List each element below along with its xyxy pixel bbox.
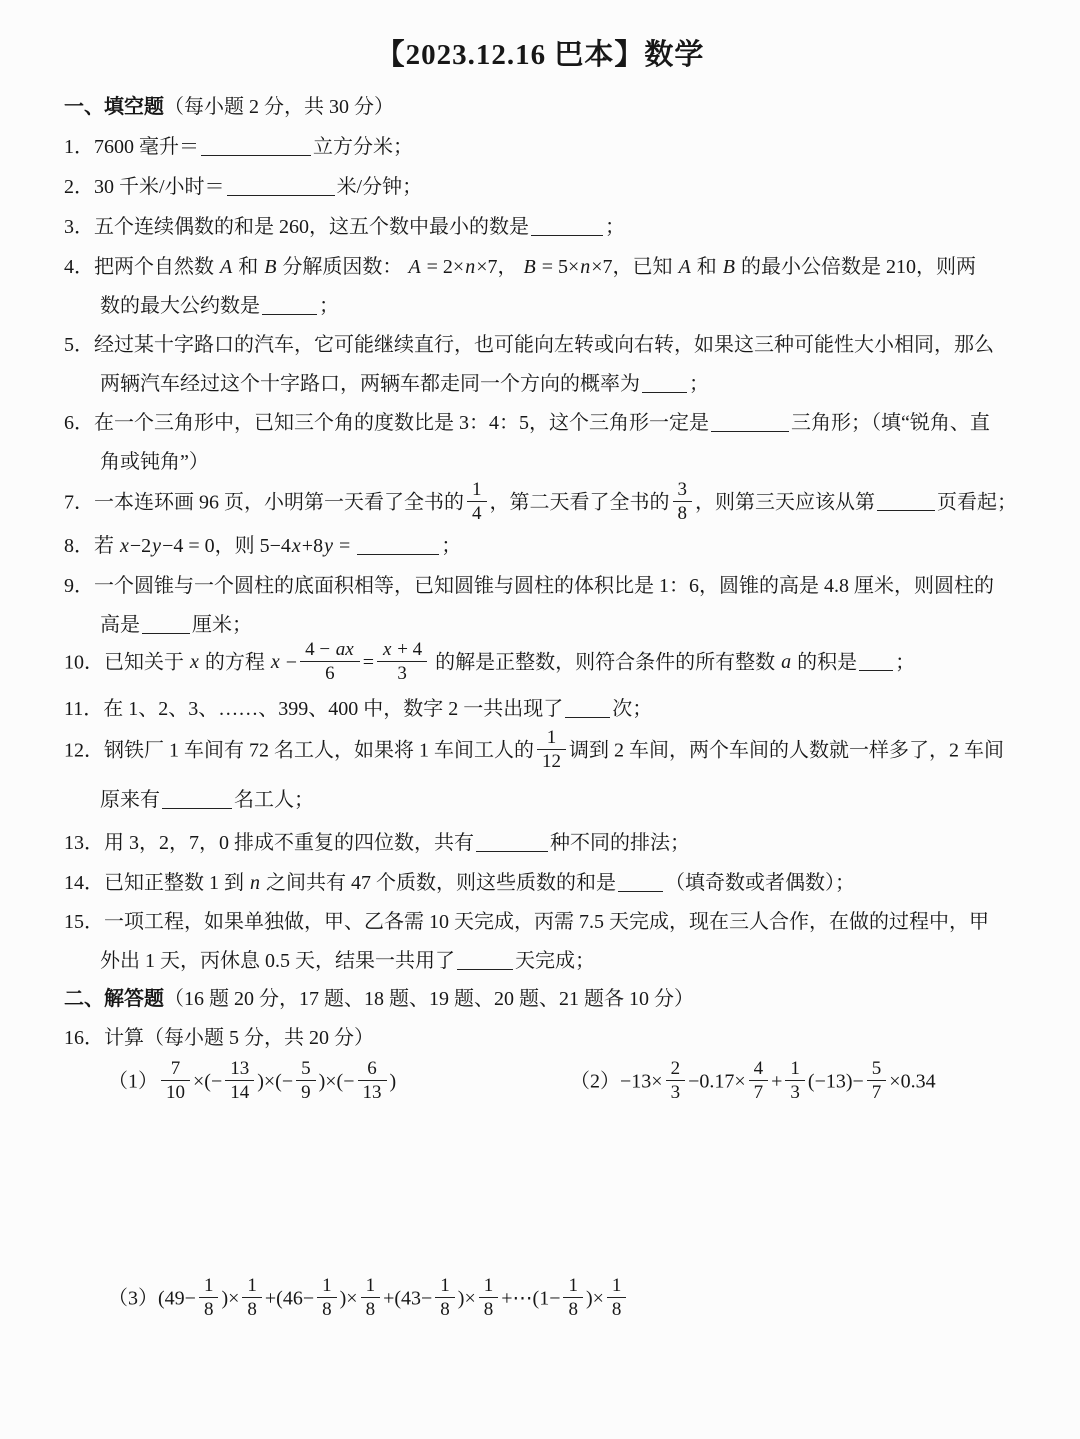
text-run: ×7，已知 — [591, 256, 677, 278]
text-run: 1 — [366, 1275, 376, 1296]
text-run: ) — [390, 1070, 397, 1092]
fraction-numerator: 1 — [199, 1275, 219, 1298]
math-variable: A — [407, 256, 421, 278]
math-variable: A — [219, 256, 233, 278]
math-variable: n — [464, 256, 476, 278]
question-7: 7．一本连环画 96 页，小明第一天看了全书的14，第二天看了全书的38，则第三… — [0, 481, 1080, 527]
text-run: 1 — [472, 479, 482, 500]
text-run: 次； — [612, 698, 652, 720]
text-run: 6 — [367, 1058, 377, 1079]
fraction-numerator: 1 — [361, 1275, 381, 1298]
question-6-line-2: 角或钝角”） — [0, 449, 1080, 476]
text-run: 8 — [204, 1299, 214, 1320]
answer-blank — [457, 954, 513, 970]
fraction-numerator: 1 — [242, 1275, 262, 1298]
fraction-denominator: 8 — [361, 1298, 381, 1320]
text-run: 13．用 3，2，7，0 排成不重复的四位数，共有 — [64, 832, 474, 854]
answer-blank — [476, 836, 548, 852]
fraction-numerator: 1 — [435, 1275, 455, 1298]
text-run: 8 — [247, 1299, 257, 1320]
question-15-line-2: 外出 1 天，丙休息 0.5 天，结果一共用了天完成； — [0, 948, 1080, 975]
text-run: 8 — [322, 1299, 332, 1320]
question-3: 3．五个连续偶数的和是 260，这五个数中最小的数是； — [0, 214, 1080, 241]
text-run: 名工人； — [234, 789, 314, 811]
text-run: 10 — [166, 1082, 185, 1103]
text-run: 的积是 — [792, 651, 857, 673]
text-run: 1 — [568, 1275, 578, 1296]
text-run: 角或钝角”） — [100, 451, 209, 473]
math-variable: B — [523, 256, 537, 278]
text-run: 4 — [472, 503, 482, 524]
text-run: 的解是正整数，则符合条件的所有整数 — [430, 651, 780, 673]
fraction: 1314 — [225, 1058, 254, 1104]
math-variable: y — [323, 535, 334, 557]
fraction: 112 — [537, 727, 566, 773]
text-run: 8 — [568, 1299, 578, 1320]
text-run: 7．一本连环画 96 页，小明第一天看了全书的 — [64, 491, 464, 513]
question-6-line-1: 6．在一个三角形中，已知三个角的度数比是 3：4：5，这个三角形一定是三角形；（… — [0, 410, 1080, 437]
question-12-line-2: 原来有名工人； — [0, 787, 1080, 814]
math-variable: A — [678, 256, 692, 278]
heading-text: 二、解答题 — [64, 988, 164, 1010]
text-run: 1 — [484, 1275, 494, 1296]
text-run: 11．在 1、2、3、……、399、400 中，数字 2 一共出现了 — [64, 698, 563, 720]
fraction-denominator: 3 — [377, 662, 427, 684]
fraction-denominator: 8 — [199, 1298, 219, 1320]
answer-blank — [531, 220, 603, 236]
answer-blank — [162, 793, 232, 809]
question-5-line-1: 5．经过某十字路口的汽车，它可能继续直行，也可能向左转或向右转，如果这三种可能性… — [0, 332, 1080, 359]
text-run: −2 — [130, 535, 151, 557]
text-run: = — [334, 535, 355, 557]
fraction: 47 — [749, 1058, 769, 1104]
fraction: 18 — [479, 1275, 499, 1321]
text-run: ，则第三天应该从第 — [695, 491, 875, 513]
text-run: （每小题 2 分，共 30 分） — [164, 96, 394, 118]
answer-blank — [711, 416, 789, 432]
fraction-numerator: 1 — [467, 479, 487, 502]
text-run: = — [363, 651, 374, 673]
text-run: 14．已知正整数 1 到 — [64, 872, 249, 894]
text-run: 页看起； — [937, 491, 1017, 513]
fraction-denominator: 3 — [785, 1081, 805, 1103]
heading-text: 一、填空题 — [64, 96, 164, 118]
question-5-line-2: 两辆汽车经过这个十字路口，两辆车都走同一个方向的概率为； — [0, 371, 1080, 398]
text-run: 16．计算（每小题 5 分，共 20 分） — [64, 1027, 374, 1049]
fraction-denominator: 8 — [607, 1298, 627, 1320]
text-run: 8 — [678, 503, 688, 524]
text-run: 3 — [790, 1082, 800, 1103]
math-variable: n — [249, 872, 261, 894]
text-run: 9 — [301, 1082, 311, 1103]
text-run: 5．经过某十字路口的汽车，它可能继续直行，也可能向左转或向右转，如果这三种可能性… — [64, 334, 994, 356]
text-run: 7 — [872, 1082, 882, 1103]
calc-part-1: （1）710×(−1314)×(−59)×(−613) — [108, 1060, 570, 1106]
fraction-numerator: 5 — [296, 1058, 316, 1081]
math-variable: x — [270, 651, 281, 673]
text-run: 的方程 — [200, 651, 270, 673]
fraction-denominator: 14 — [225, 1081, 254, 1103]
fraction: 18 — [607, 1275, 627, 1321]
question-16-part-3: （3）(49−18)×18+(46−18)×18+(43−18)×18+⋯(1−… — [0, 1277, 1080, 1323]
fraction: 18 — [563, 1275, 583, 1321]
text-run: 6．在一个三角形中，已知三个角的度数比是 3：4：5，这个三角形一定是 — [64, 412, 709, 434]
text-run: ×(− — [193, 1070, 222, 1092]
text-run: = 2× — [422, 256, 465, 278]
text-run: 4．把两个自然数 — [64, 256, 219, 278]
fraction: 59 — [296, 1058, 316, 1104]
fraction-numerator: 1 — [537, 727, 566, 750]
question-16-parts-1-2: （1）710×(−1314)×(−59)×(−613)（2）−13×23−0.1… — [0, 1060, 1080, 1106]
answer-blank — [262, 299, 317, 315]
text-run: 厘米； — [192, 614, 252, 636]
question-13: 13．用 3，2，7，0 排成不重复的四位数，共有种不同的排法； — [0, 830, 1080, 857]
text-run: −0.17× — [688, 1070, 746, 1092]
question-2: 2．30 千米/小时＝米/分钟； — [0, 174, 1080, 201]
text-run: 13 — [363, 1082, 382, 1103]
fraction-numerator: 4 — [749, 1058, 769, 1081]
answer-blank — [201, 140, 311, 156]
fraction: 18 — [317, 1275, 337, 1321]
text-run: 3 — [671, 1082, 681, 1103]
text-run: 高是 — [100, 614, 140, 636]
text-run: −4 = 0，则 5−4 — [162, 535, 291, 557]
text-run: 2 — [671, 1058, 681, 1079]
answer-blank — [642, 377, 687, 393]
fraction-numerator: 7 — [161, 1058, 190, 1081]
math-variable: B — [722, 256, 736, 278]
text-run: 8 — [440, 1299, 450, 1320]
document-body: 一、填空题（每小题 2 分，共 30 分）1．7600 毫升＝立方分米；2．30… — [0, 94, 1080, 1323]
exam-title: 【2023.12.16 巴本】数学 — [0, 38, 1080, 72]
text-run: +(43− — [383, 1287, 432, 1309]
text-run: 14 — [230, 1082, 249, 1103]
math-variable: n — [579, 256, 591, 278]
text-run: − — [281, 651, 297, 673]
text-run: (−13)− — [808, 1070, 864, 1092]
text-run: 7 — [754, 1082, 764, 1103]
question-1: 1．7600 毫升＝立方分米； — [0, 134, 1080, 161]
math-variable: y — [151, 535, 162, 557]
text-run: 米/分钟； — [337, 176, 423, 198]
text-run: （1） — [108, 1070, 158, 1092]
text-run: 和 — [692, 256, 722, 278]
text-run: 2．30 千米/小时＝ — [64, 176, 225, 198]
fraction-numerator: 6 — [358, 1058, 387, 1081]
answer-blank — [565, 702, 610, 718]
text-run: 三角形；（填“锐角、直 — [791, 412, 990, 434]
fraction-denominator: 10 — [161, 1081, 190, 1103]
calc-part-2: （2）−13×23−0.17×47+13(−13)−57×0.34 — [570, 1060, 1056, 1106]
fraction-numerator: x + 4 — [377, 639, 427, 662]
question-15-line-1: 15．一项工程，如果单独做，甲、乙各需 10 天完成，丙需 7.5 天完成，现在… — [0, 909, 1080, 936]
text-run: 数的最大公约数是 — [100, 295, 260, 317]
text-run: （填奇数或者偶数）； — [665, 872, 855, 894]
section-2-heading: 二、解答题（16 题 20 分，17 题、18 题、19 题、20 题、21 题… — [0, 986, 1080, 1013]
fraction-denominator: 4 — [467, 502, 487, 524]
fraction: 613 — [358, 1058, 387, 1104]
text-run: ； — [895, 651, 915, 673]
text-run: 3 — [397, 663, 407, 684]
answer-blank — [357, 539, 439, 555]
text-run: 1．7600 毫升＝ — [64, 136, 199, 158]
fraction-numerator: 2 — [666, 1058, 686, 1081]
text-run: ； — [689, 373, 709, 395]
text-run: + 4 — [392, 639, 422, 660]
fraction-numerator: 13 — [225, 1058, 254, 1081]
fraction-denominator: 13 — [358, 1081, 387, 1103]
text-run: 5 — [872, 1058, 882, 1079]
text-run: 1 — [204, 1275, 214, 1296]
text-run: ； — [441, 535, 461, 557]
text-run: 12．钢铁厂 1 车间有 72 名工人，如果将 1 车间工人的 — [64, 739, 534, 761]
text-run: 4 − — [305, 639, 335, 660]
fraction-denominator: 8 — [563, 1298, 583, 1320]
fraction-denominator: 8 — [435, 1298, 455, 1320]
fraction-numerator: 1 — [317, 1275, 337, 1298]
fraction: 18 — [242, 1275, 262, 1321]
text-run: 的最小公倍数是 210，则两 — [736, 256, 976, 278]
fraction-numerator: 1 — [785, 1058, 805, 1081]
text-run: 3．五个连续偶数的和是 260，这五个数中最小的数是 — [64, 216, 529, 238]
text-run: ，第二天看了全书的 — [490, 491, 670, 513]
text-run: 天完成； — [515, 950, 595, 972]
fraction: 18 — [199, 1275, 219, 1321]
fraction-numerator: 1 — [479, 1275, 499, 1298]
answer-blank — [618, 876, 663, 892]
text-run: 1 — [790, 1058, 800, 1079]
text-run: 1 — [322, 1275, 332, 1296]
text-run: 分解质因数： — [277, 256, 407, 278]
text-run: 10．已知关于 — [64, 651, 189, 673]
text-run: 和 — [233, 256, 263, 278]
fraction: 23 — [666, 1058, 686, 1104]
text-run: ×0.34 — [889, 1070, 935, 1092]
fraction-denominator: 8 — [317, 1298, 337, 1320]
fraction-numerator: 1 — [607, 1275, 627, 1298]
math-variable: x — [382, 639, 392, 660]
question-4-line-1: 4．把两个自然数 A 和 B 分解质因数： A = 2×n×7， B = 5×n… — [0, 254, 1080, 281]
fraction: 38 — [673, 479, 693, 525]
text-run: 8．若 — [64, 535, 119, 557]
text-run: 原来有 — [100, 789, 160, 811]
text-run: 3 — [678, 479, 688, 500]
math-variable: x — [119, 535, 130, 557]
fraction-denominator: 3 — [666, 1081, 686, 1103]
question-11: 11．在 1、2、3、……、399、400 中，数字 2 一共出现了次； — [0, 696, 1080, 723]
fraction: 18 — [361, 1275, 381, 1321]
text-run: 13 — [230, 1058, 249, 1079]
text-run: 调到 2 车间，两个车间的人数就一样多了，2 车间 — [569, 739, 1004, 761]
text-run: +⋯(1− — [501, 1287, 560, 1309]
text-run: 5 — [301, 1058, 311, 1079]
text-run: )× — [221, 1287, 239, 1309]
text-run: 8 — [484, 1299, 494, 1320]
text-run: +(46− — [265, 1287, 314, 1309]
text-run: 两辆汽车经过这个十字路口，两辆车都走同一个方向的概率为 — [100, 373, 640, 395]
answer-blank — [142, 618, 190, 634]
fraction-denominator: 8 — [479, 1298, 499, 1320]
fraction-denominator: 7 — [867, 1081, 887, 1103]
math-variable: a — [780, 651, 792, 673]
text-run: )× — [458, 1287, 476, 1309]
text-run: + — [771, 1070, 782, 1092]
answer-blank — [877, 495, 935, 511]
fraction-denominator: 8 — [242, 1298, 262, 1320]
text-run: ； — [605, 216, 625, 238]
math-variable: x — [189, 651, 200, 673]
fraction-numerator: 1 — [563, 1275, 583, 1298]
question-14: 14．已知正整数 1 到 n 之间共有 47 个质数，则这些质数的和是（填奇数或… — [0, 870, 1080, 897]
text-run: )× — [586, 1287, 604, 1309]
fraction-numerator: 5 — [867, 1058, 887, 1081]
fraction: 710 — [161, 1058, 190, 1104]
fraction: 18 — [435, 1275, 455, 1321]
text-run: 1 — [547, 727, 557, 748]
text-run: 7 — [171, 1058, 181, 1079]
text-run: 1 — [247, 1275, 257, 1296]
text-run: )×(− — [257, 1070, 293, 1092]
math-variable: B — [263, 256, 277, 278]
text-run: 种不同的排法； — [550, 832, 690, 854]
text-run: 12 — [542, 751, 561, 772]
text-run: )× — [340, 1287, 358, 1309]
text-run: 9．一个圆锥与一个圆柱的底面积相等，已知圆锥与圆柱的体积比是 1：6，圆锥的高是… — [64, 575, 994, 597]
question-9-line-2: 高是厘米； — [0, 612, 1080, 639]
fraction-numerator: 4 − ax — [300, 639, 360, 662]
fraction: 57 — [867, 1058, 887, 1104]
question-12-line-1: 12．钢铁厂 1 车间有 72 名工人，如果将 1 车间工人的112调到 2 车… — [0, 729, 1080, 775]
text-run: ×7， — [476, 256, 522, 278]
text-run: )×(− — [319, 1070, 355, 1092]
question-16: 16．计算（每小题 5 分，共 20 分） — [0, 1025, 1080, 1052]
text-run: 8 — [612, 1299, 622, 1320]
text-run: 8 — [366, 1299, 376, 1320]
text-run: 之间共有 47 个质数，则这些质数的和是 — [261, 872, 616, 894]
fraction: 4 − ax6 — [300, 639, 360, 685]
question-8: 8．若 x−2y−4 = 0，则 5−4x+8y = ； — [0, 533, 1080, 560]
text-run: 15．一项工程，如果单独做，甲、乙各需 10 天完成，丙需 7.5 天完成，现在… — [64, 911, 989, 933]
fraction-denominator: 9 — [296, 1081, 316, 1103]
text-run: +8 — [302, 535, 323, 557]
section-1-heading: 一、填空题（每小题 2 分，共 30 分） — [0, 94, 1080, 121]
fraction: 14 — [467, 479, 487, 525]
exam-page: 【2023.12.16 巴本】数学 一、填空题（每小题 2 分，共 30 分）1… — [0, 0, 1080, 1439]
question-9-line-1: 9．一个圆锥与一个圆柱的底面积相等，已知圆锥与圆柱的体积比是 1：6，圆锥的高是… — [0, 573, 1080, 600]
text-run: （16 题 20 分，17 题、18 题、19 题、20 题、21 题各 10 … — [164, 988, 694, 1010]
math-variable: ax — [335, 639, 355, 660]
fraction-denominator: 7 — [749, 1081, 769, 1103]
fraction-denominator: 12 — [537, 750, 566, 772]
text-run: ； — [319, 295, 339, 317]
text-run: （2）−13× — [570, 1070, 663, 1092]
text-run: 1 — [440, 1275, 450, 1296]
text-run: 6 — [325, 663, 335, 684]
text-run: = 5× — [537, 256, 580, 278]
math-variable: x — [291, 535, 302, 557]
fraction-numerator: 3 — [673, 479, 693, 502]
text-run: 外出 1 天，丙休息 0.5 天，结果一共用了 — [100, 950, 455, 972]
text-run: 1 — [612, 1275, 622, 1296]
question-10: 10．已知关于 x 的方程 x −4 − ax6=x + 43 的解是正整数，则… — [0, 641, 1080, 687]
answer-blank — [859, 655, 893, 671]
text-run: （3）(49− — [108, 1287, 196, 1309]
fraction-denominator: 8 — [673, 502, 693, 524]
text-run: 4 — [754, 1058, 764, 1079]
question-4-line-2: 数的最大公约数是； — [0, 293, 1080, 320]
fraction-denominator: 6 — [300, 662, 360, 684]
fraction: 13 — [785, 1058, 805, 1104]
text-run: 立方分米； — [313, 136, 413, 158]
fraction: x + 43 — [377, 639, 427, 685]
answer-blank — [227, 180, 335, 196]
